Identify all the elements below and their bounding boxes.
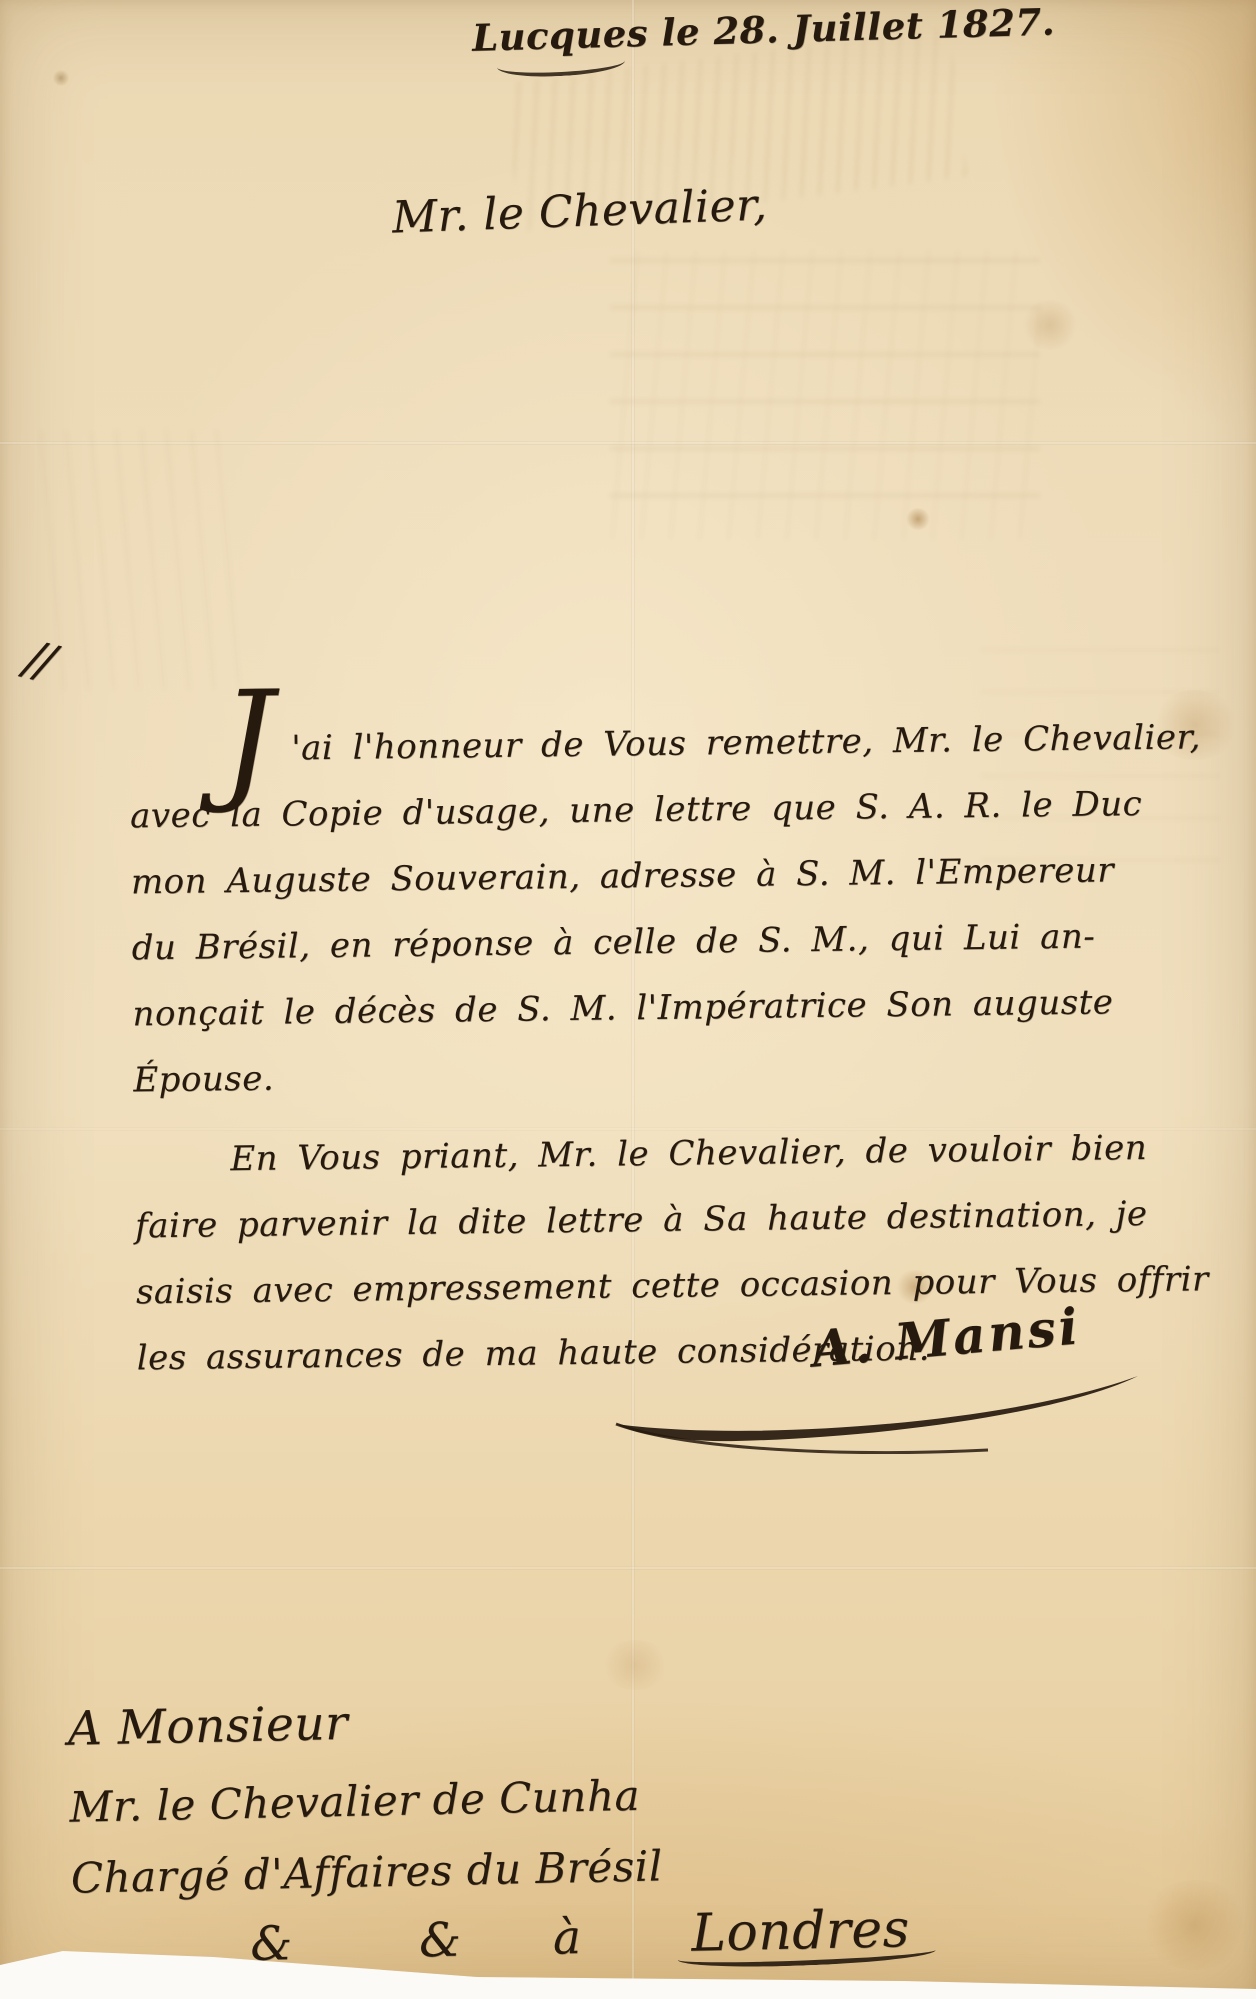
address-line: Mr. le Chevalier de Cunha [69,1765,907,1832]
paragraph-1: J 'ai l'honneur de Vous remettre, Mr. le… [129,707,1018,1114]
body-line: Épouse. [133,1037,1018,1114]
horizontal-fold-crease-upper [0,441,1256,445]
letter-body: J 'ai l'honneur de Vous remettre, Mr. le… [129,707,1021,1392]
stain [1020,300,1080,350]
address-block: A Monsieur Mr. le Chevalier de Cunha Cha… [67,1684,910,1976]
body-line: En Vous priant, Mr. le Chevalier, de vou… [134,1117,1019,1194]
address-line: A Monsieur [67,1684,906,1757]
body-line: faire parvenir la dite lettre à Sa haute… [135,1183,1020,1260]
body-line: mon Auguste Souverain, adresse à S. M. l… [131,839,1016,916]
horizontal-fold-crease-lower [0,1566,1256,1570]
ghost-writing-right [610,250,1040,540]
stain [905,508,931,530]
body-line: J 'ai l'honneur de Vous remettre, Mr. le… [129,707,1014,784]
margin-mark: // [20,630,57,690]
stain [52,70,70,86]
stain [600,1640,670,1690]
letter-photograph: Lucques le 28. Juillet 1827. Mr. le Chev… [0,0,1256,1999]
address-line: Chargé d'Affaires du Brésil [70,1836,908,1903]
signature-flourish-swash [608,1362,1170,1454]
body-line: nonçait le décès de S. M. l'Impératrice … [132,971,1017,1048]
address-preposition: à [552,1910,582,1966]
stain [1140,1880,1250,1970]
dateline: Lucques le 28. Juillet 1827. [471,0,1032,60]
etcetera-marks: & & [250,1911,518,1972]
address-line: & & à Londres [250,1899,911,1973]
paper-sheet: Lucques le 28. Juillet 1827. Mr. le Chev… [0,0,1256,1999]
address-city: Londres [691,1899,911,1964]
ghost-writing-left [40,430,240,690]
body-line: du Brésil, en réponse à celle de S. M., … [131,905,1016,982]
body-line-text: 'ai l'honneur de Vous remettre, Mr. le C… [291,717,1201,768]
salutation: Mr. le Chevalier, [391,179,768,243]
drop-cap-initial: J [220,674,275,807]
